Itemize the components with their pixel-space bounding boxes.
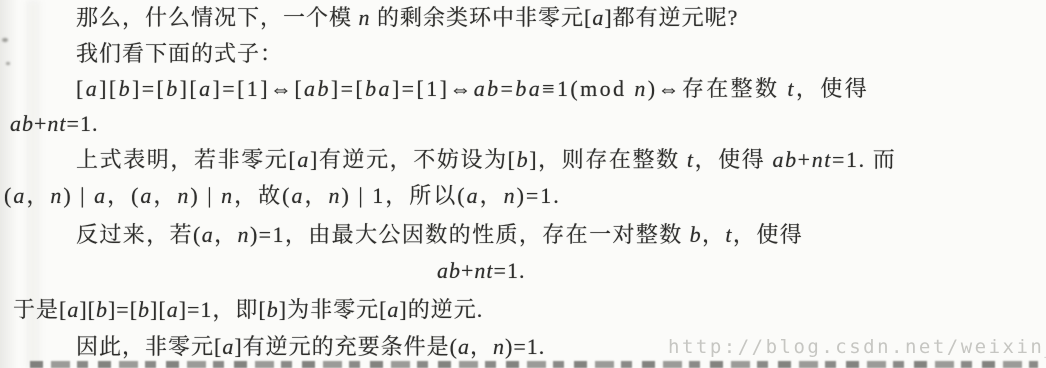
math-variable: n [238, 222, 250, 247]
text-line: 上式表明，若非零元[a]有逆元，不妨设为[b]，则存在整数 t，使得 ab+nt… [76, 147, 896, 173]
formula-line: (a，n) | a，(a，n) | n，故(a，n) | 1，所以(a，n)=1… [4, 183, 561, 209]
text-line: 于是[a][b]=[b][a]=1，即[b]为非零元[a]的逆元. [13, 297, 483, 323]
math-variable: a [222, 334, 234, 359]
math-variable: a [67, 297, 79, 322]
scanned-book-page: { "page": { "kind": "scanned textbook pa… [0, 0, 1046, 368]
text-line: 反过来，若(a，n)=1，由最大公因数的性质，存在一对整数 b，t，使得 [76, 222, 803, 248]
math-variable: b [138, 297, 150, 322]
math-variable: b [267, 297, 279, 322]
math-variable: n [329, 183, 342, 208]
math-variable: n [634, 76, 647, 101]
math-variable: b [96, 297, 108, 322]
math-variable: b [166, 76, 179, 101]
math-variable: nt [812, 147, 832, 172]
math-variable: ba [515, 76, 542, 101]
math-variable: ab [474, 76, 501, 101]
math-variable: t [725, 222, 733, 247]
math-variable: b [517, 147, 530, 172]
math-variable: b [119, 76, 132, 101]
math-variable: a [458, 334, 470, 359]
math-variable: n [50, 183, 63, 208]
scan-speck [2, 38, 8, 42]
math-variable: n [493, 334, 505, 359]
math-variable: a [167, 297, 179, 322]
scan-speck [6, 62, 10, 65]
formula-line: ab+nt=1. [10, 111, 98, 137]
math-variable: a [202, 222, 214, 247]
text-line: 我们看下面的式子： [76, 41, 283, 67]
math-variable: a [86, 76, 99, 101]
cutoff-text-line [30, 361, 1038, 368]
math-variable: ab [10, 111, 34, 136]
math-variable: a [94, 183, 107, 208]
math-variable: a [199, 76, 212, 101]
math-variable: a [13, 183, 26, 208]
math-variable: a [140, 183, 153, 208]
watermark-url: http://blog.csdn.net/weixin_38686780 [668, 336, 1046, 358]
math-variable: n [359, 5, 371, 30]
formula-line: [a][b]=[b][a]=[1]⇔[ab]=[ba]=[1]⇔ab=ba≡1(… [76, 76, 869, 102]
text-line: 因此，非零元[a]有逆元的充要条件是(a，n)=1. [76, 334, 545, 360]
text-line: 那么，什么情况下，一个模 n 的剩余类环中非零元[a]都有逆元呢? [76, 5, 738, 31]
math-variable: n [177, 183, 190, 208]
math-variable: n [221, 183, 234, 208]
math-variable: n [504, 183, 517, 208]
math-variable: nt [47, 111, 66, 136]
math-variable: t [787, 76, 796, 101]
math-variable: t [687, 147, 695, 172]
math-variable: nt [474, 258, 493, 283]
math-variable: ba [365, 76, 392, 101]
math-variable: a [592, 5, 604, 30]
math-variable: a [387, 297, 399, 322]
math-variable: a [297, 147, 310, 172]
math-variable: a [291, 183, 304, 208]
math-variable: ab [304, 76, 331, 101]
math-variable: b [690, 222, 702, 247]
math-variable: ab [437, 258, 461, 283]
math-variable: a [467, 183, 480, 208]
math-variable: ab [772, 147, 797, 172]
centered-formula-line: ab+nt=1. [437, 258, 525, 284]
